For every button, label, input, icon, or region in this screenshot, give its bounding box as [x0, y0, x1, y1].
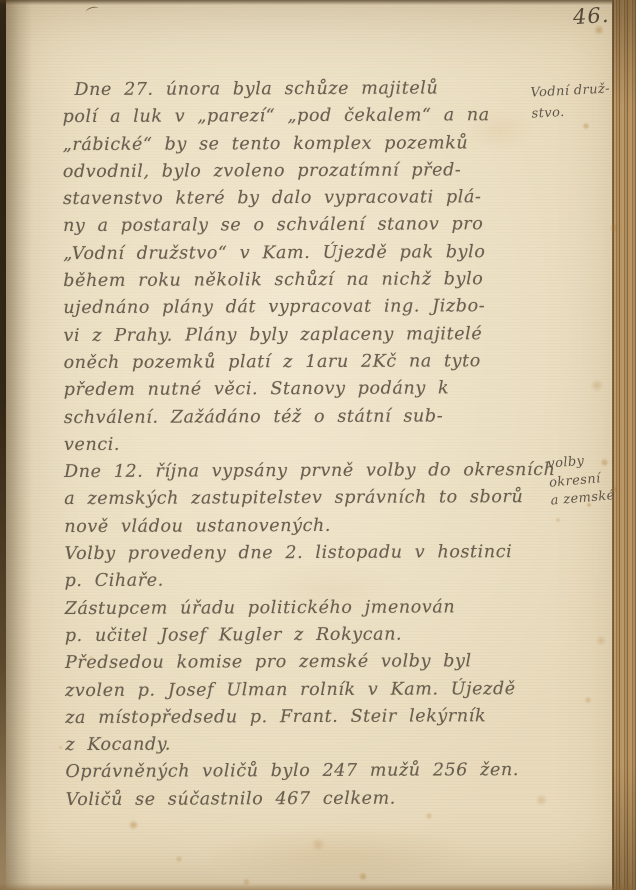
manuscript-line: Dne 12. října vypsány prvně volby do okr…	[64, 457, 548, 486]
foxing-stain	[58, 745, 63, 750]
foxing-stain	[175, 855, 183, 863]
ink-tick-mark	[85, 6, 99, 16]
foxing-stain	[582, 122, 590, 130]
foxing-stain	[425, 812, 433, 820]
margin-note-elections: volby okresní a zemské	[547, 448, 636, 511]
manuscript-line: polí a luk v „parezí“ „pod čekalem“ a na	[63, 102, 547, 131]
manuscript-line: Volby provedeny dne 2. listopadu v hosti…	[64, 539, 548, 568]
foxing-stain	[358, 872, 368, 881]
manuscript-line: z Kocandy.	[65, 730, 549, 759]
foxing-stain	[595, 635, 607, 646]
foxing-stain	[310, 838, 326, 851]
manuscript-line: předem nutné věci. Stanovy podány k	[64, 375, 548, 404]
foxing-stain	[590, 379, 604, 392]
manuscript-line: vi z Prahy. Plány byly zaplaceny majitel…	[63, 321, 547, 350]
manuscript-line: Voličů se súčastnilo 467 celkem.	[65, 785, 549, 814]
manuscript-line: stavenstvo které by dalo vypracovati plá…	[63, 184, 547, 213]
gutter-shadow	[6, 0, 32, 890]
manuscript-line: za místopředsedu p. Frant. Steir lekýrní…	[65, 703, 549, 732]
manuscript-line: ujednáno plány dát vypracovat ing. Jizbo…	[63, 293, 547, 322]
manuscript-line: a zemských zastupitelstev správních to s…	[64, 484, 548, 513]
foxing-stain	[584, 696, 592, 704]
manuscript-line: během roku několik schůzí na nichž bylo	[63, 266, 547, 295]
water-stain	[200, 826, 480, 884]
page-number: 46.	[572, 3, 610, 29]
chronicle-page: 46. Dne 27. února byla schůze majitelů p…	[0, 0, 636, 890]
manuscript-line: Předsedou komise pro zemské volby byl	[65, 648, 549, 677]
manuscript-line: ny a postaraly se o schválení stanov pro	[63, 211, 547, 240]
manuscript-line: „Vodní družstvo“ v Kam. Újezdě pak bylo	[63, 239, 547, 268]
manuscript-line: nově vládou ustanovených.	[64, 512, 548, 541]
manuscript-line: Dne 27. února byla schůze majitelů	[62, 75, 546, 104]
manuscript-line: venci.	[64, 430, 548, 459]
top-page-edge-shadow	[0, 0, 636, 5]
manuscript-body: Dne 27. února byla schůze majitelů polí …	[62, 75, 549, 814]
bottom-page-edge-shadow	[0, 883, 636, 890]
right-page-stack-edge	[612, 0, 636, 890]
manuscript-line: zvolen p. Josef Ulman rolník v Kam. Újez…	[65, 675, 549, 704]
foxing-stain	[242, 878, 251, 886]
manuscript-line: Oprávněných voličů bylo 247 mužů 256 žen…	[65, 757, 549, 786]
manuscript-line: „rábické“ by se tento komplex pozemků	[63, 130, 547, 159]
manuscript-line: schválení. Zažádáno též o státní sub-	[64, 403, 548, 432]
manuscript-line: Zástupcem úřadu politického jmenován	[65, 594, 549, 623]
manuscript-line: p. učitel Josef Kugler z Rokycan.	[65, 621, 549, 650]
binding-gutter-edge	[0, 0, 6, 890]
margin-note-water-cooperative: Vodní druž- stvo.	[530, 77, 634, 124]
foxing-stain	[128, 820, 139, 830]
manuscript-line: oněch pozemků platí z 1aru 2Kč na tyto	[64, 348, 548, 377]
manuscript-line: odvodnil, bylo zvoleno prozatímní před-	[63, 157, 547, 186]
foxing-stain	[555, 517, 561, 523]
manuscript-line: p. Cihaře.	[65, 566, 549, 595]
